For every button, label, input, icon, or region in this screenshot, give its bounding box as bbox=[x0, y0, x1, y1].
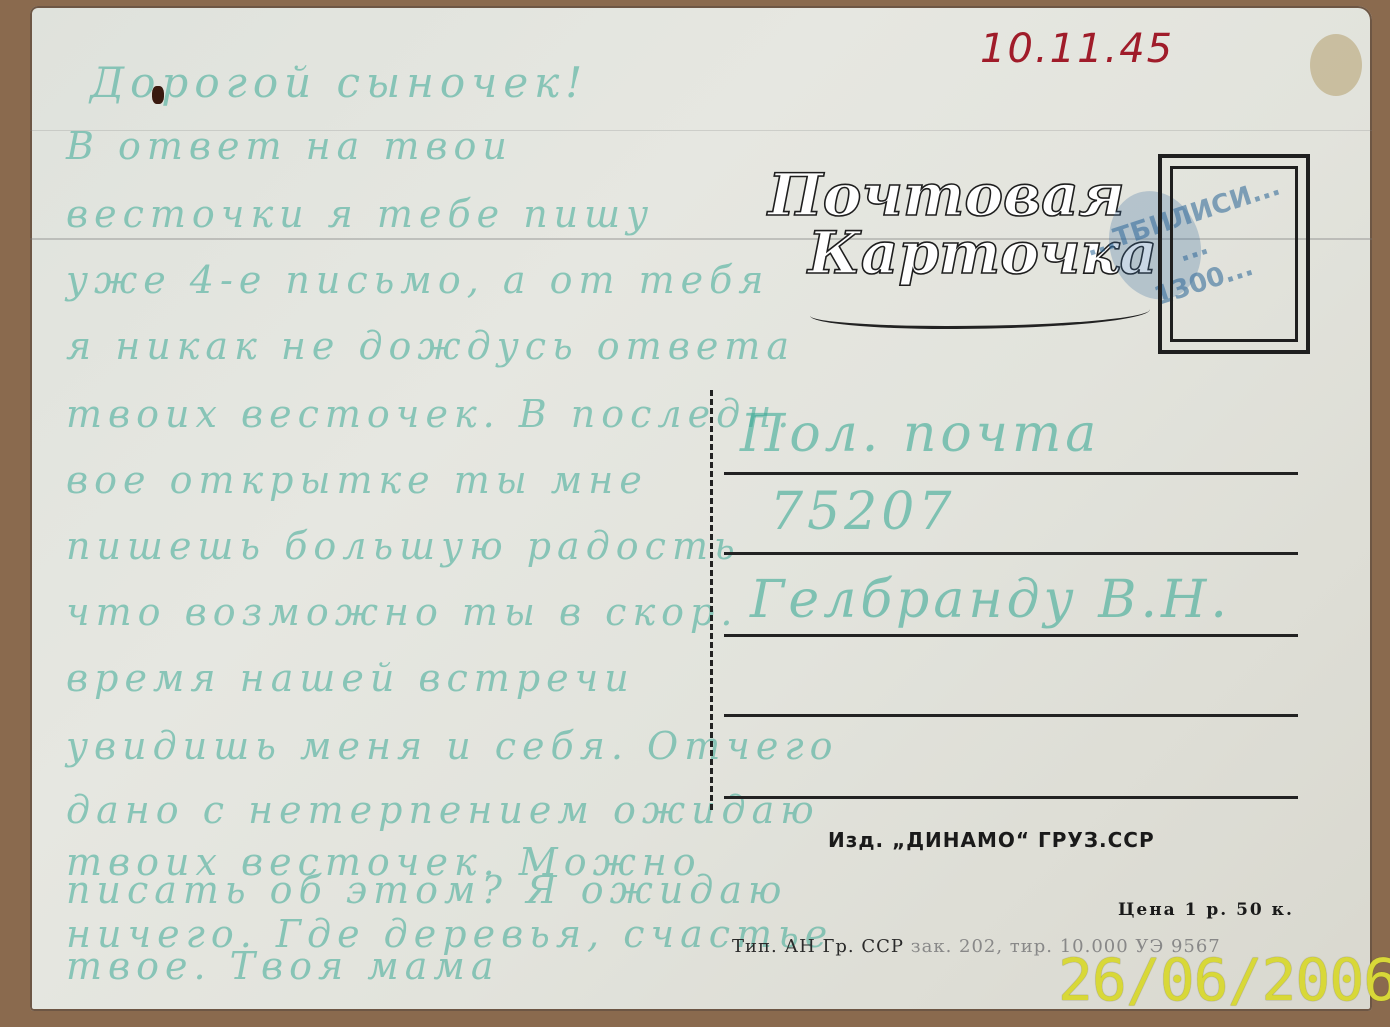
letter-line: я никак не дождусь ответа bbox=[66, 324, 736, 368]
letter-line: уже 4-е письмо, а от тебя bbox=[66, 258, 736, 302]
letter-line: дано с нетерпением ожидаю bbox=[66, 788, 736, 832]
letter-line: В ответ на твои bbox=[66, 124, 736, 168]
address-line bbox=[724, 552, 1298, 555]
address-field-line: Пол. почта bbox=[740, 404, 1100, 464]
stain-mark bbox=[1310, 34, 1362, 96]
postcard: Дорогой сыночек!В ответ на твоивесточки … bbox=[30, 6, 1372, 1011]
letter-line: время нашей встречи bbox=[66, 656, 736, 700]
letter-line: твое. Твоя мама bbox=[66, 944, 736, 988]
letter-line: увидишь меня и себя. Отчего bbox=[66, 724, 736, 768]
letter-line: что возможно ты в скор. bbox=[66, 590, 736, 634]
divider-line bbox=[710, 390, 713, 810]
camera-timestamp: 26/06/2006 bbox=[1058, 946, 1390, 1014]
letter-line: вое открытке ты мне bbox=[66, 458, 736, 502]
letter-line: Дорогой сыночек! bbox=[90, 58, 760, 107]
address-line bbox=[724, 472, 1298, 475]
handwritten-date: 10.11.45 bbox=[980, 26, 1174, 72]
price-label: Цена 1 р. 50 к. bbox=[1118, 900, 1294, 920]
stamp-placeholder-box bbox=[1158, 154, 1310, 354]
address-line bbox=[724, 634, 1298, 637]
address-line bbox=[724, 714, 1298, 717]
letter-line: весточки я тебе пишу bbox=[66, 192, 736, 236]
address-field-line: Гелбранду В.Н. bbox=[750, 570, 1231, 630]
letter-line: писать об этом? Я ожидаю bbox=[66, 868, 736, 912]
printer-name: Тип. АН Гр. ССР bbox=[732, 936, 904, 957]
address-line bbox=[724, 796, 1298, 799]
letter-line: твоих весточек. В последн. bbox=[66, 392, 736, 436]
address-field-line: 75207 bbox=[770, 482, 955, 542]
letter-line: пишешь большую радость bbox=[66, 524, 736, 568]
publisher-imprint: Изд. „ДИНАМО“ ГРУЗ.ССР bbox=[828, 828, 1155, 852]
